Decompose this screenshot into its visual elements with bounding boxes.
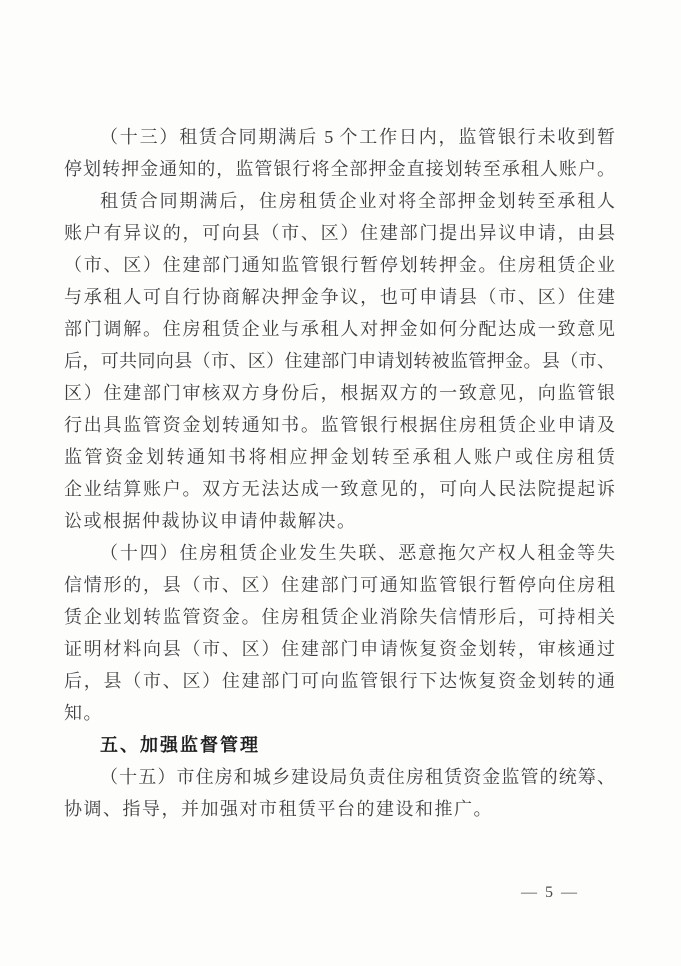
text-line: 赁企业划转监管资金。住房租赁企业消除失信情形后，可持相关 [64, 601, 615, 633]
text-line: 监管资金划转通知书将相应押金划转至承租人账户或住房租赁 [64, 441, 615, 473]
paragraph-deposit-dispute: 租赁合同期满后，住房租赁企业对将全部押金划转至承租人账户有异议的，可向县（市、区… [64, 185, 615, 537]
text-line: （十三）租赁合同期满后 5 个工作日内，监管银行未收到暂 [64, 121, 615, 153]
text-line: 企业结算账户。双方无法达成一致意见的，可向人民法院提起诉 [64, 473, 615, 505]
text-line: 信情形的，县（市、区）住建部门可通知监管银行暂停向住房租 [64, 569, 615, 601]
page-number: — 5 — [521, 884, 579, 901]
section-5-heading: 五、加强监督管理 [64, 729, 615, 761]
text-line: 部门调解。住房租赁企业与承租人对押金如何分配达成一致意见 [64, 313, 615, 345]
text-line: （十五）市住房和城乡建设局负责住房租赁资金监管的统筹、 [64, 761, 615, 793]
paragraph-item-15: （十五）市住房和城乡建设局负责住房租赁资金监管的统筹、协调、指导，并加强对市租赁… [64, 761, 615, 825]
text-line: 证明材料向县（市、区）住建部门申请恢复资金划转，审核通过 [64, 633, 615, 665]
page-footer: — 5 — [510, 884, 590, 902]
text-line: 讼或根据仲裁协议申请仲裁解决。 [64, 505, 615, 537]
text-line: （市、区）住建部门通知监管银行暂停划转押金。住房租赁企业 [64, 249, 615, 281]
text-line: 行出具监管资金划转通知书。监管银行根据住房租赁企业申请及 [64, 409, 615, 441]
text-line: 停划转押金通知的，监管银行将全部押金直接划转至承租人账户。 [64, 153, 615, 185]
text-line: 区）住建部门审核双方身份后，根据双方的一致意见，向监管银 [64, 377, 615, 409]
text-line: 五、加强监督管理 [64, 729, 615, 761]
text-line: 后，可共同向县（市、区）住建部门申请划转被监管押金。县（市、 [64, 345, 615, 377]
paragraph-item-13: （十三）租赁合同期满后 5 个工作日内，监管银行未收到暂停划转押金通知的，监管银… [64, 121, 615, 185]
document-body: （十三）租赁合同期满后 5 个工作日内，监管银行未收到暂停划转押金通知的，监管银… [64, 121, 615, 825]
text-line: 知。 [64, 697, 615, 729]
text-line: 协调、指导，并加强对市租赁平台的建设和推广。 [64, 793, 615, 825]
text-line: （十四）住房租赁企业发生失联、恶意拖欠产权人租金等失 [64, 537, 615, 569]
text-line: 账户有异议的，可向县（市、区）住建部门提出异议申请，由县 [64, 217, 615, 249]
text-line: 后，县（市、区）住建部门可向监管银行下达恢复资金划转的通 [64, 665, 615, 697]
text-line: 租赁合同期满后，住房租赁企业对将全部押金划转至承租人 [64, 185, 615, 217]
document-page: （十三）租赁合同期满后 5 个工作日内，监管银行未收到暂停划转押金通知的，监管银… [0, 0, 681, 966]
paragraph-item-14: （十四）住房租赁企业发生失联、恶意拖欠产权人租金等失信情形的，县（市、区）住建部… [64, 537, 615, 729]
text-line: 与承租人可自行协商解决押金争议，也可申请县（市、区）住建 [64, 281, 615, 313]
